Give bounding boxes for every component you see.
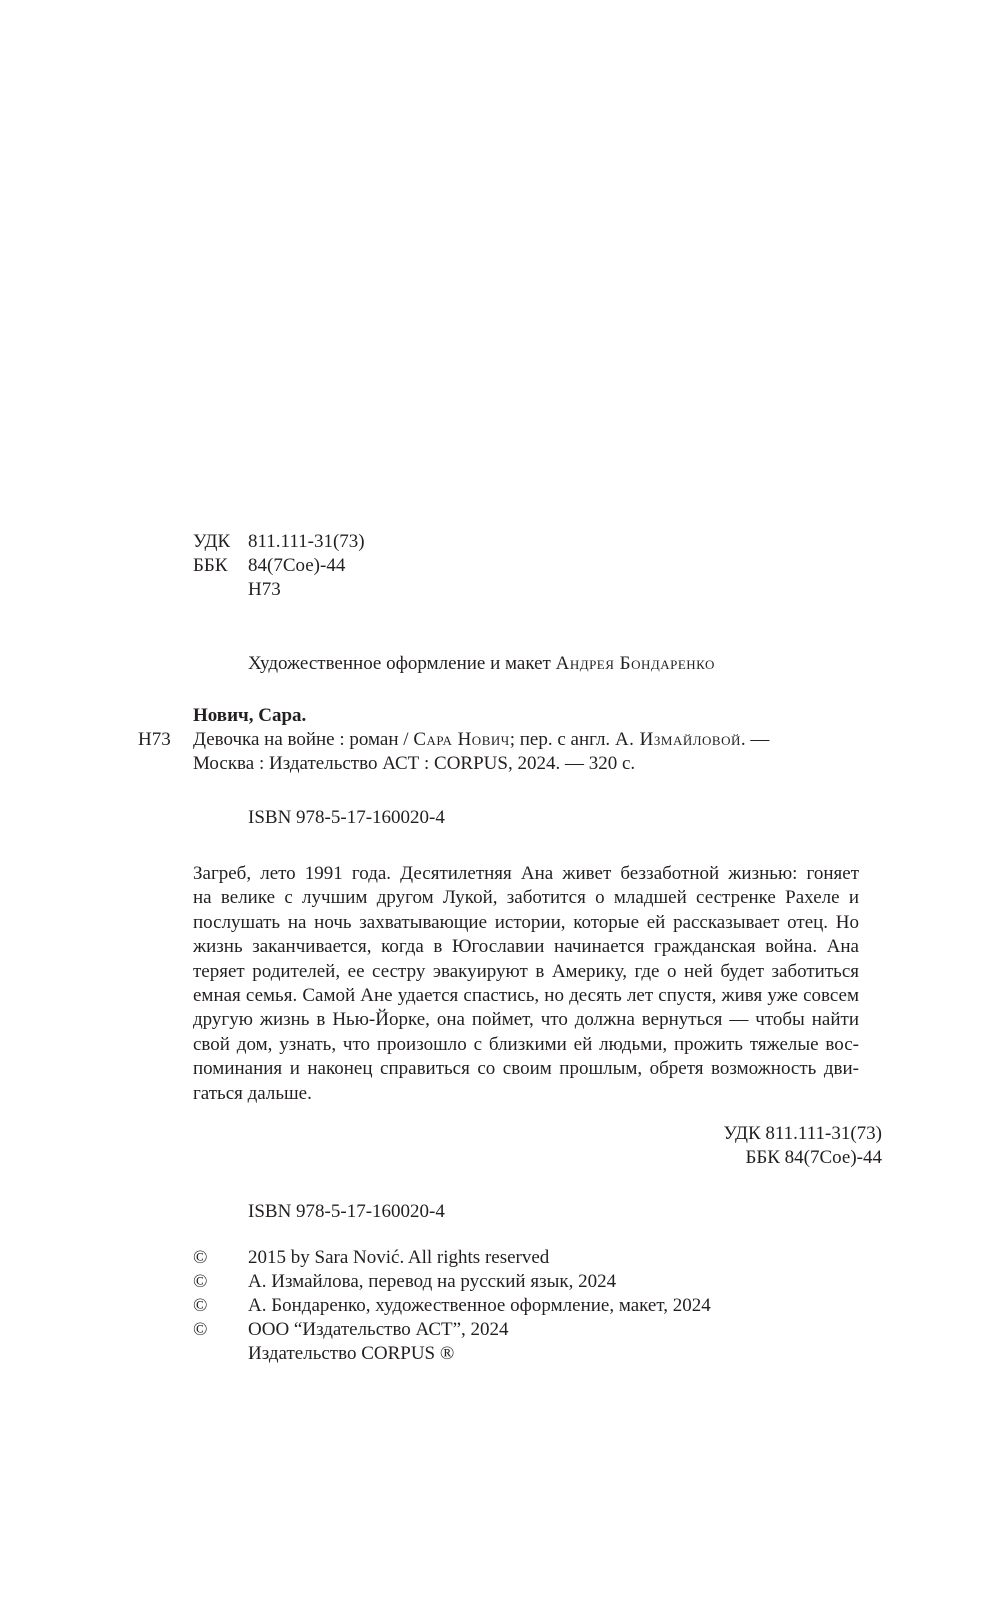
- isbn-bottom: ISBN 978-5-17-160020-4: [248, 1200, 445, 1224]
- annotation-line: другую жизнь в Нью-Йорке, она поймет, чт…: [193, 1008, 859, 1032]
- copyright-symbol: ©: [193, 1318, 207, 1342]
- annotation-line: на велике с лучшим другом Лукой, заботит…: [193, 886, 859, 910]
- annotation-line: свой дом, узнать, что произошло с близки…: [193, 1033, 859, 1057]
- udk-label: УДК: [193, 530, 230, 554]
- annotation-line: емная семья. Самой Ане удается спастись,…: [193, 984, 859, 1008]
- annotation-line: жизнь заканчивается, когда в Югославии н…: [193, 935, 859, 959]
- copyright-line: А. Измайлова, перевод на русский язык, 2…: [248, 1270, 616, 1294]
- copyright-symbol: ©: [193, 1246, 207, 1270]
- copyright-symbol: ©: [193, 1294, 207, 1318]
- author-heading: Нович, Сара.: [193, 704, 306, 728]
- imprint: Москва : Издательство АСТ : CORPUS, 2024…: [193, 752, 635, 776]
- title-line: Девочка на войне : роман / Сара Нович; п…: [193, 728, 769, 752]
- annotation-line: теряет родителей, ее сестру эвакуируют в…: [193, 960, 859, 984]
- copyright-symbol: ©: [193, 1270, 207, 1294]
- title-line-suffix: . —: [741, 729, 770, 750]
- udk-bottom: УДК 811.111-31(73): [723, 1122, 882, 1146]
- translator-name: А. Измайловой: [615, 729, 741, 750]
- bbk-value: 84(7Сое)-44: [248, 554, 345, 578]
- isbn-top: ISBN 978-5-17-160020-4: [248, 806, 445, 830]
- design-credit: Художественное оформление и макет Андрея…: [248, 652, 715, 676]
- bbk-bottom: ББК 84(7Сое)-44: [745, 1146, 882, 1170]
- book-author: Сара Нович: [413, 729, 509, 750]
- copyright-line: А. Бондаренко, художественное оформление…: [248, 1294, 711, 1318]
- bbk-label: ББК: [193, 554, 228, 578]
- annotation-line: гаться дальше.: [193, 1082, 859, 1106]
- udk-value: 811.111-31(73): [248, 530, 365, 554]
- annotation-line: поминания и наконец справиться со своим …: [193, 1057, 859, 1081]
- design-credit-name: Андрея Бондаренко: [556, 653, 715, 674]
- copyright-line: 2015 by Sara Nović. All rights reserved: [248, 1246, 549, 1270]
- publisher-trademark: Издательство CORPUS ®: [248, 1342, 454, 1366]
- design-credit-text: Художественное оформление и макет: [248, 653, 551, 674]
- annotation-line: послушать на ночь захватывающие истории,…: [193, 911, 859, 935]
- author-mark: Н73: [138, 728, 171, 752]
- annotation-line: Загреб, лето 1991 года. Десятилетняя Ана…: [193, 862, 859, 886]
- author-mark-top: Н73: [248, 578, 281, 602]
- copyright-line: ООО “Издательство АСТ”, 2024: [248, 1318, 509, 1342]
- translator-prefix: ; пер. с англ.: [510, 729, 615, 750]
- annotation-paragraph: Загреб, лето 1991 года. Десятилетняя Ана…: [193, 862, 859, 1106]
- book-title: Девочка на войне : роман /: [193, 729, 413, 750]
